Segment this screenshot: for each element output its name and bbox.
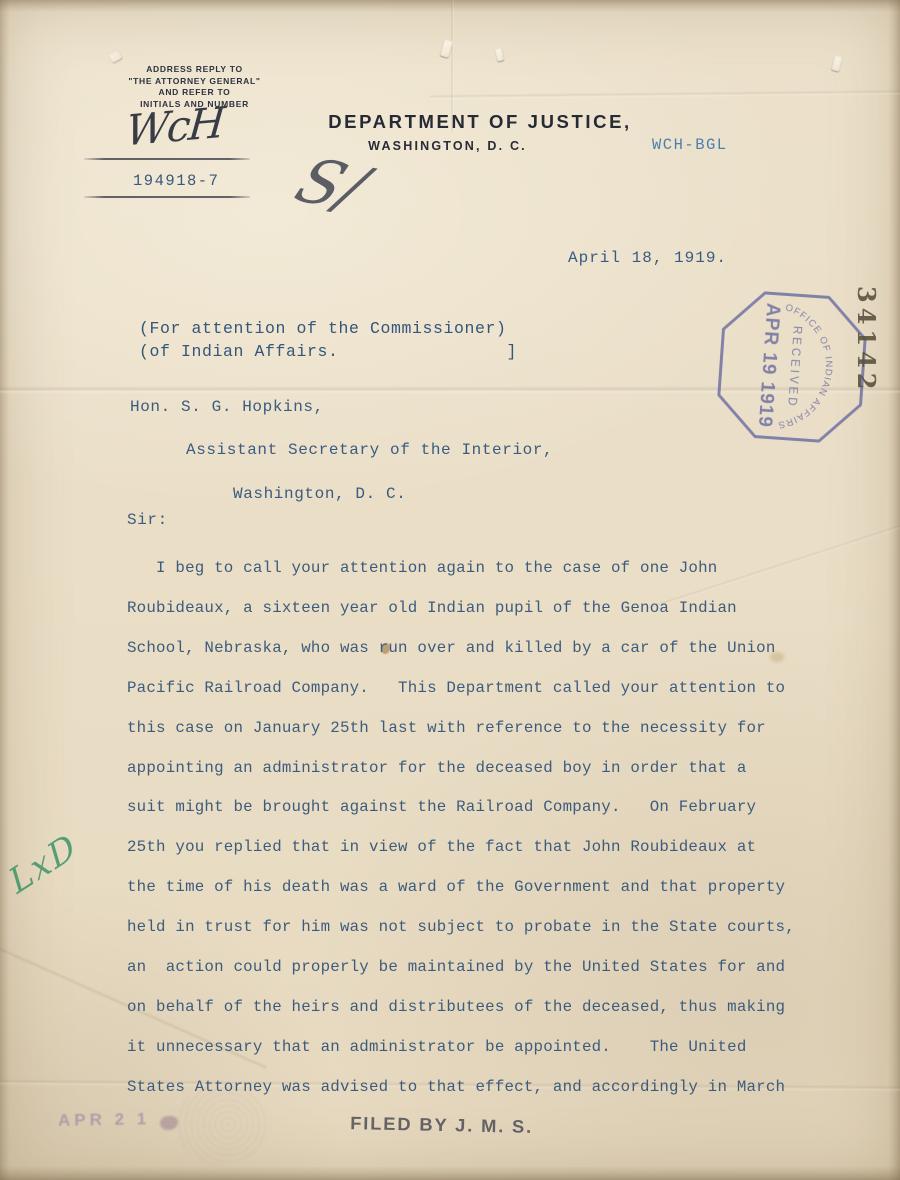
file-number-underline	[84, 196, 250, 198]
recipient-name: Hon. S. G. Hopkins,	[130, 398, 324, 416]
body-line: 25th you replied that in view of the fac…	[127, 828, 827, 868]
paper-crease	[430, 90, 900, 101]
registry-number: 34142	[852, 286, 881, 395]
body-line: held in trust for him was not subject to…	[127, 908, 827, 948]
body-line: an action could properly be maintained b…	[127, 948, 827, 988]
file-number: 194918-7	[133, 172, 219, 190]
body-line: this case on January 25th last with refe…	[127, 709, 827, 749]
handwritten-initials: WcH	[124, 97, 225, 155]
svg-text:OFFICE OF INDIAN AFFAIRS: OFFICE OF INDIAN AFFAIRS	[775, 302, 838, 434]
date-line: April 18, 1919.	[568, 249, 727, 267]
letterhead-department: DEPARTMENT OF JUSTICE,	[280, 111, 680, 133]
salutation: Sir:	[127, 511, 168, 529]
footer-date-stamp: APR 2 1	[58, 1109, 151, 1131]
body-line: suit might be brought against the Railro…	[127, 788, 827, 828]
attention-line: (For attention of the Commissioner)	[139, 317, 517, 340]
paper-chip	[440, 39, 453, 58]
body-line: Pacific Railroad Company. This Departmen…	[127, 669, 827, 709]
attention-line: (of Indian Affairs. ]	[139, 340, 517, 363]
scanned-letter-page: ADDRESS REPLY TO"THE ATTORNEY GENERAL"AN…	[0, 0, 900, 1180]
body-line: I beg to call your attention again to th…	[127, 549, 827, 589]
paper-chip	[831, 55, 842, 71]
typed-reference-initials: WCH-BGL	[652, 136, 728, 154]
initials-underline	[84, 158, 250, 160]
paper-edge-shadow-right	[888, 0, 900, 1180]
filed-by-stamp: FILED BY J. M. S.	[350, 1113, 533, 1138]
paper-edge-shadow-bottom	[0, 1166, 900, 1180]
corner-note-line: "THE ATTORNEY GENERAL"	[92, 76, 297, 88]
body-line: States Attorney was advised to that effe…	[127, 1068, 827, 1108]
paper-edge-shadow-left	[0, 0, 10, 1180]
attention-block: (For attention of the Commissioner)(of I…	[139, 317, 517, 363]
body-line: it unnecessary that an administrator be …	[127, 1028, 827, 1068]
body-line: the time of his death was a ward of the …	[127, 868, 827, 908]
paper-edge-shadow-top	[0, 0, 900, 12]
paper-chip	[109, 50, 123, 63]
stamp-office-arc-text: OFFICE OF INDIAN AFFAIRS	[775, 302, 838, 434]
body-line: Roubideaux, a sixteen year old Indian pu…	[127, 589, 827, 629]
corner-note-line: ADDRESS REPLY TO	[92, 64, 297, 76]
recipient-title: Assistant Secretary of the Interior,	[186, 441, 553, 459]
body-line: appointing an administrator for the dece…	[127, 749, 827, 789]
stamp-date: APR 19 1919	[754, 302, 784, 428]
recipient-city: Washington, D. C.	[233, 485, 406, 503]
paper-chip	[495, 47, 505, 61]
letter-body: I beg to call your attention again to th…	[127, 549, 827, 1108]
handwritten-s-mark: S/	[285, 145, 378, 225]
stamp-received-label: RECEIVED	[785, 325, 803, 408]
body-line: on behalf of the heirs and distributees …	[127, 988, 827, 1028]
corner-note-line: AND REFER TO	[92, 87, 297, 99]
green-margin-annotation: LxD	[3, 826, 84, 903]
body-line: School, Nebraska, who was run over and k…	[127, 629, 827, 669]
